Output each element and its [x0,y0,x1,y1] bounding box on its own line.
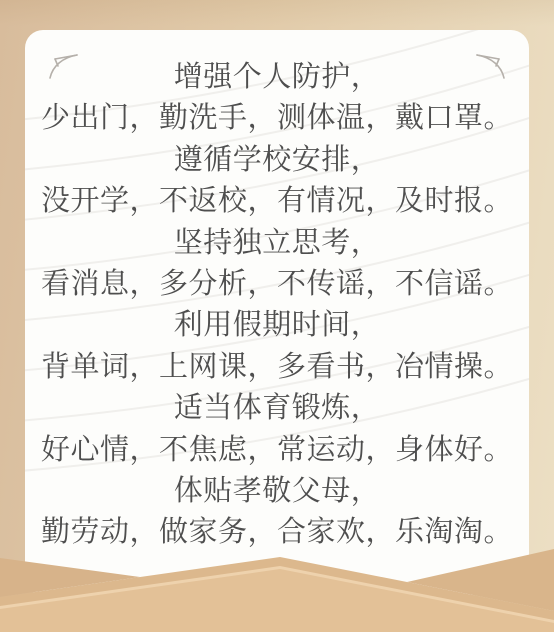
poem-line: 好心情，不焦虑，常运动，身体好。 [25,429,529,470]
poem-line: 增强个人防护， [25,56,529,97]
poster-card: 增强个人防护， 少出门，勤洗手，测体温，戴口罩。 遵循学校安排， 没开学，不返校… [25,30,529,595]
poem-line: 没开学，不返校，有情况，及时报。 [25,180,529,221]
poem-line: 利用假期时间， [25,304,529,345]
poster-background: 增强个人防护， 少出门，勤洗手，测体温，戴口罩。 遵循学校安排， 没开学，不返校… [0,0,554,632]
poem-line: 背单词，上网课，多看书，冶情操。 [25,346,529,387]
poem-line: 适当体育锻炼， [25,387,529,428]
poem-line: 坚持独立思考， [25,222,529,263]
poem-line: 看消息，多分析，不传谣，不信谣。 [25,263,529,304]
poem-line: 体贴孝敬父母， [25,470,529,511]
poem-text-block: 增强个人防护， 少出门，勤洗手，测体温，戴口罩。 遵循学校安排， 没开学，不返校… [25,30,529,553]
poem-line: 遵循学校安排， [25,139,529,180]
poem-line: 勤劳动，做家务，合家欢，乐淘淘。 [25,511,529,552]
poem-line: 少出门，勤洗手，测体温，戴口罩。 [25,97,529,138]
